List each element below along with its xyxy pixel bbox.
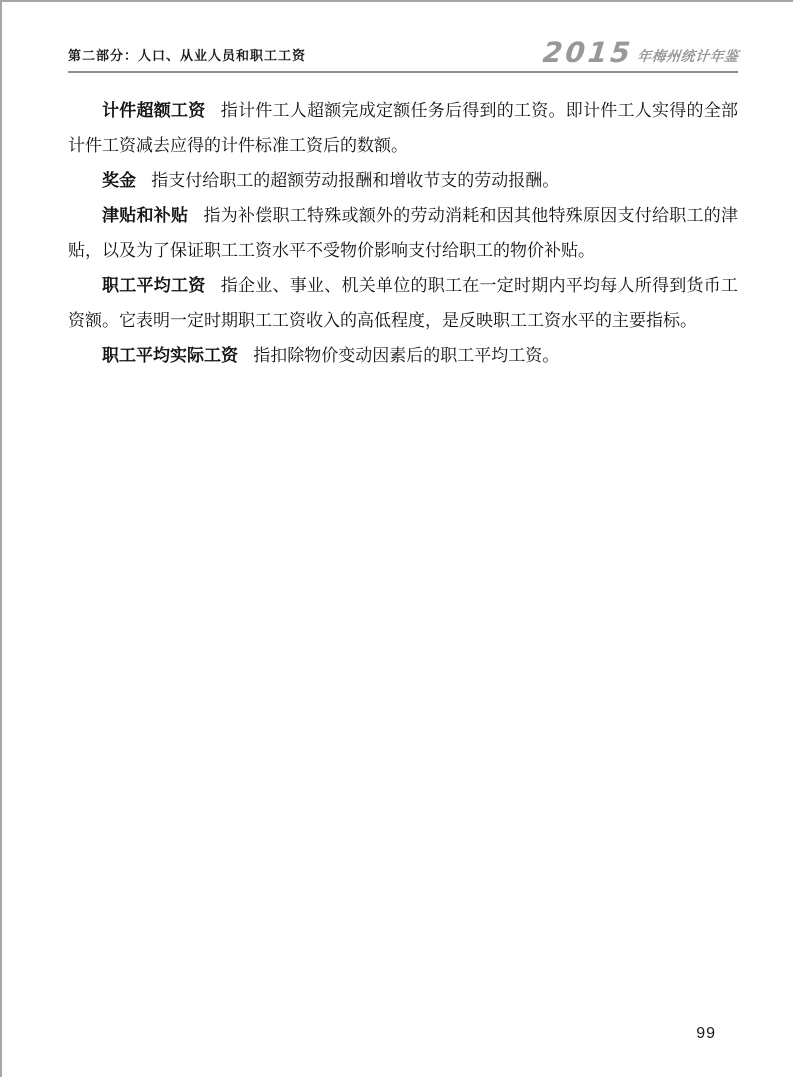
section-title: 第二部分：人口、从业人员和职工工资 [68,45,306,66]
term-label: 计件超额工资 [102,101,221,120]
term-definition: 指支付给职工的超额劳动报酬和增收节支的劳动报酬。 [151,171,559,190]
definition-paragraph: 职工平均实际工资指扣除物价变动因素后的职工平均工资。 [68,338,738,373]
term-label: 职工平均实际工资 [102,346,253,365]
definition-paragraph: 奖金指支付给职工的超额劳动报酬和增收节支的劳动报酬。 [68,163,738,198]
page-header: 第二部分：人口、从业人员和职工工资 2015 年梅州统计年鉴 [68,40,738,73]
term-label: 津贴和补贴 [102,206,204,225]
yearbook-year: 2015 [541,40,634,66]
definitions-body: 计件超额工资指计件工人超额完成定额任务后得到的工资。即计件工人实得的全部计件工资… [68,93,738,373]
definition-paragraph: 津贴和补贴指为补偿职工特殊或额外的劳动消耗和因其他特殊原因支付给职工的津贴，以及… [68,198,738,268]
term-label: 奖金 [102,171,151,190]
yearbook-title: 年梅州统计年鉴 [636,49,739,66]
yearbook-brand: 2015 年梅州统计年鉴 [543,40,738,66]
document-page: 第二部分：人口、从业人员和职工工资 2015 年梅州统计年鉴 计件超额工资指计件… [0,0,793,1077]
definition-paragraph: 职工平均工资指企业、事业、机关单位的职工在一定时期内平均每人所得到货币工资额。它… [68,268,738,338]
term-label: 职工平均工资 [102,276,221,295]
page-number: 99 [696,1025,716,1043]
definition-paragraph: 计件超额工资指计件工人超额完成定额任务后得到的工资。即计件工人实得的全部计件工资… [68,93,738,163]
term-definition: 指扣除物价变动因素后的职工平均工资。 [253,346,559,365]
